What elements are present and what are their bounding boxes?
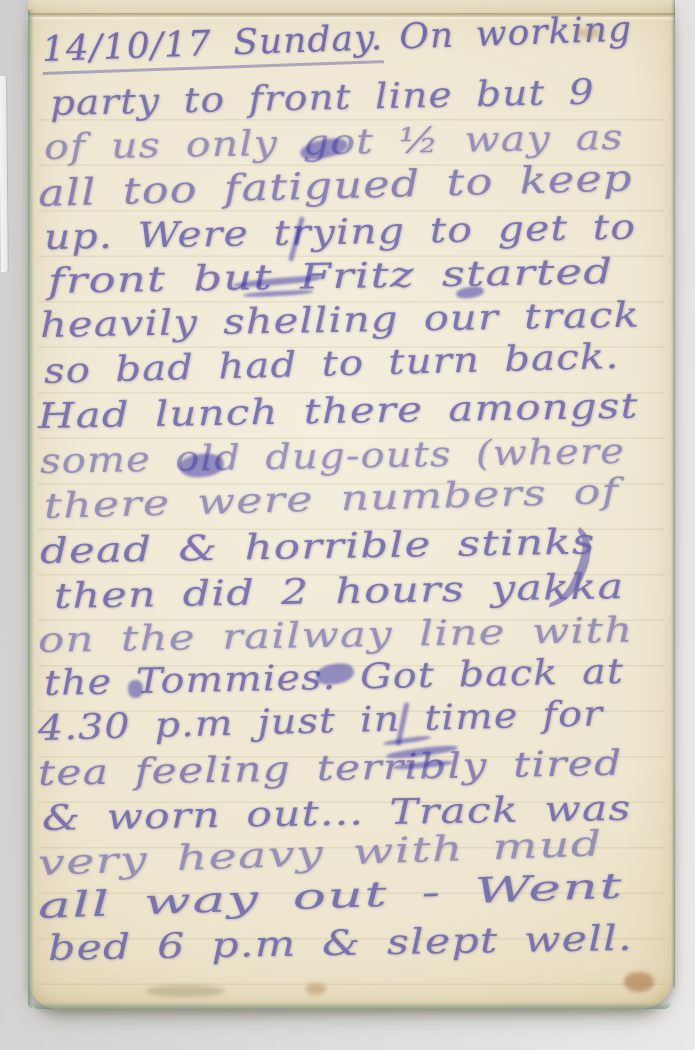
page-edge-tint	[32, 1002, 671, 1009]
diary-page: 14/10/17 Sunday.On working party to fron…	[28, 0, 675, 1009]
entry-date: 14/10/17 Sunday.	[41, 18, 384, 75]
photo-stage: 14/10/17 Sunday.On working party to fron…	[0, 0, 695, 1050]
background-page-corner	[0, 76, 9, 272]
paper-stain	[306, 983, 326, 995]
handwriting-line: 14/10/17 Sunday.On working	[41, 9, 632, 70]
paper-stain	[624, 972, 654, 992]
page-edge-tint	[28, 10, 34, 1009]
paper-stain	[576, 28, 602, 38]
page-edge-tint	[671, 0, 675, 989]
paper-stain	[145, 985, 225, 997]
ink-overwrite-mark	[128, 680, 143, 698]
